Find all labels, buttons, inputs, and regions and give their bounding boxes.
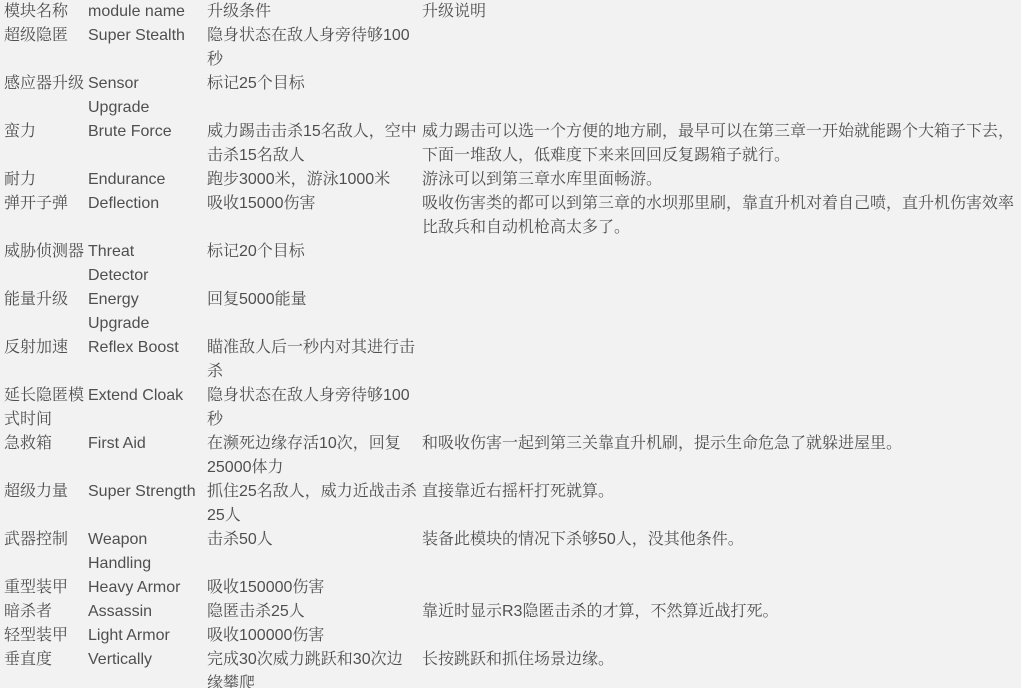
cell-module-name-cn: 反射加速 [4,336,88,384]
cell-upgrade-condition: 击杀50人 [207,528,422,576]
cell-upgrade-condition: 吸收100000伤害 [207,624,422,648]
header-row: 模块名称 module name 升级条件 升级说明 [4,0,1021,24]
cell-module-name-en: Weapon Handling [88,528,207,576]
table-row: 暗杀者 Assassin 隐匿击杀25人 靠近时显示R3隐匿击杀的才算，不然算近… [4,600,1021,624]
cell-module-name-cn: 垂直度 [4,648,88,688]
header-upgrade-note: 升级说明 [422,0,1021,24]
table-row: 垂直度 Vertically 完成30次威力跳跃和30次边 缘攀爬 长按跳跃和抓… [4,648,1021,688]
cell-module-name-en: Reflex Boost [88,336,207,384]
cell-upgrade-condition: 隐身状态在敌人身旁待够100 秒 [207,24,422,72]
cell-module-name-cn: 感应器升级 [4,72,88,120]
header-upgrade-condition: 升级条件 [207,0,422,24]
module-upgrade-table: 模块名称 module name 升级条件 升级说明 超级隐匿 Super St… [4,0,1021,688]
cell-upgrade-note [422,624,1021,648]
cell-upgrade-note [422,24,1021,72]
cell-module-name-en: Brute Force [88,120,207,168]
cell-module-name-en: First Aid [88,432,207,480]
cell-module-name-en: Energy Upgrade [88,288,207,336]
cell-module-name-cn: 超级隐匿 [4,24,88,72]
table-row: 轻型装甲 Light Armor 吸收100000伤害 [4,624,1021,648]
cell-upgrade-condition: 隐身状态在敌人身旁待够100 秒 [207,384,422,432]
cell-upgrade-note: 和吸收伤害一起到第三关靠直升机刷，提示生命危急了就躲进屋里。 [422,432,1021,480]
table-row: 延长隐匿模 式时间 Extend Cloak 隐身状态在敌人身旁待够100 秒 [4,384,1021,432]
cell-upgrade-condition: 瞄准敌人后一秒内对其进行击 杀 [207,336,422,384]
cell-upgrade-note: 威力踢击可以选一个方便的地方刷，最早可以在第三章一开始就能踢个大箱子下去， 下面… [422,120,1021,168]
table-row: 重型装甲 Heavy Armor 吸收150000伤害 [4,576,1021,600]
cell-upgrade-note [422,72,1021,120]
cell-upgrade-condition: 跑步3000米，游泳1000米 [207,168,422,192]
cell-upgrade-condition: 隐匿击杀25人 [207,600,422,624]
cell-module-name-en: Vertically [88,648,207,688]
cell-module-name-cn: 弹开子弹 [4,192,88,240]
cell-module-name-en: Endurance [88,168,207,192]
cell-module-name-cn: 蛮力 [4,120,88,168]
cell-module-name-en: Light Armor [88,624,207,648]
cell-upgrade-condition: 标记25个目标 [207,72,422,120]
cell-module-name-cn: 超级力量 [4,480,88,528]
cell-module-name-en: Sensor Upgrade [88,72,207,120]
header-module-name-cn: 模块名称 [4,0,88,24]
cell-upgrade-condition: 在濒死边缘存活10次，回复 25000体力 [207,432,422,480]
table-row: 能量升级 Energy Upgrade 回复5000能量 [4,288,1021,336]
cell-upgrade-note: 游泳可以到第三章水库里面畅游。 [422,168,1021,192]
table-row: 武器控制 Weapon Handling 击杀50人 装备此模块的情况下杀够50… [4,528,1021,576]
cell-upgrade-note [422,288,1021,336]
cell-module-name-en: Deflection [88,192,207,240]
cell-upgrade-note: 靠近时显示R3隐匿击杀的才算，不然算近战打死。 [422,600,1021,624]
table-row: 弹开子弹 Deflection 吸收15000伤害 吸收伤害类的都可以到第三章的… [4,192,1021,240]
cell-upgrade-condition: 威力踢击击杀15名敌人，空中 击杀15名敌人 [207,120,422,168]
cell-upgrade-condition: 标记20个目标 [207,240,422,288]
table-row: 耐力 Endurance 跑步3000米，游泳1000米 游泳可以到第三章水库里… [4,168,1021,192]
table-row: 威胁侦测器 Threat Detector 标记20个目标 [4,240,1021,288]
cell-module-name-cn: 轻型装甲 [4,624,88,648]
cell-upgrade-note: 直接靠近右摇杆打死就算。 [422,480,1021,528]
cell-module-name-en: Assassin [88,600,207,624]
cell-module-name-en: Extend Cloak [88,384,207,432]
cell-module-name-en: Super Stealth [88,24,207,72]
cell-upgrade-condition: 吸收150000伤害 [207,576,422,600]
cell-module-name-cn: 武器控制 [4,528,88,576]
table-body: 超级隐匿 Super Stealth 隐身状态在敌人身旁待够100 秒 感应器升… [4,24,1021,688]
cell-upgrade-note: 长按跳跃和抓住场景边缘。 [422,648,1021,688]
cell-upgrade-condition: 回复5000能量 [207,288,422,336]
header-module-name-en: module name [88,0,207,24]
cell-module-name-cn: 重型装甲 [4,576,88,600]
cell-upgrade-note: 装备此模块的情况下杀够50人，没其他条件。 [422,528,1021,576]
cell-module-name-cn: 威胁侦测器 [4,240,88,288]
table-row: 蛮力 Brute Force 威力踢击击杀15名敌人，空中 击杀15名敌人 威力… [4,120,1021,168]
cell-upgrade-note: 吸收伤害类的都可以到第三章的水坝那里刷，靠直升机对着自己喷，直升机伤害效率 比敌… [422,192,1021,240]
cell-module-name-cn: 暗杀者 [4,600,88,624]
cell-upgrade-condition: 完成30次威力跳跃和30次边 缘攀爬 [207,648,422,688]
table-row: 急救箱 First Aid 在濒死边缘存活10次，回复 25000体力 和吸收伤… [4,432,1021,480]
table-row: 超级隐匿 Super Stealth 隐身状态在敌人身旁待够100 秒 [4,24,1021,72]
cell-upgrade-note [422,384,1021,432]
table-row: 超级力量 Super Strength 抓住25名敌人，威力近战击杀 25人 直… [4,480,1021,528]
cell-module-name-en: Threat Detector [88,240,207,288]
cell-module-name-en: Heavy Armor [88,576,207,600]
cell-module-name-cn: 延长隐匿模 式时间 [4,384,88,432]
cell-module-name-cn: 能量升级 [4,288,88,336]
table-row: 反射加速 Reflex Boost 瞄准敌人后一秒内对其进行击 杀 [4,336,1021,384]
cell-upgrade-note [422,240,1021,288]
cell-module-name-cn: 急救箱 [4,432,88,480]
cell-upgrade-note [422,576,1021,600]
table-row: 感应器升级 Sensor Upgrade 标记25个目标 [4,72,1021,120]
cell-upgrade-condition: 吸收15000伤害 [207,192,422,240]
cell-upgrade-condition: 抓住25名敌人，威力近战击杀 25人 [207,480,422,528]
cell-module-name-en: Super Strength [88,480,207,528]
cell-module-name-cn: 耐力 [4,168,88,192]
cell-upgrade-note [422,336,1021,384]
